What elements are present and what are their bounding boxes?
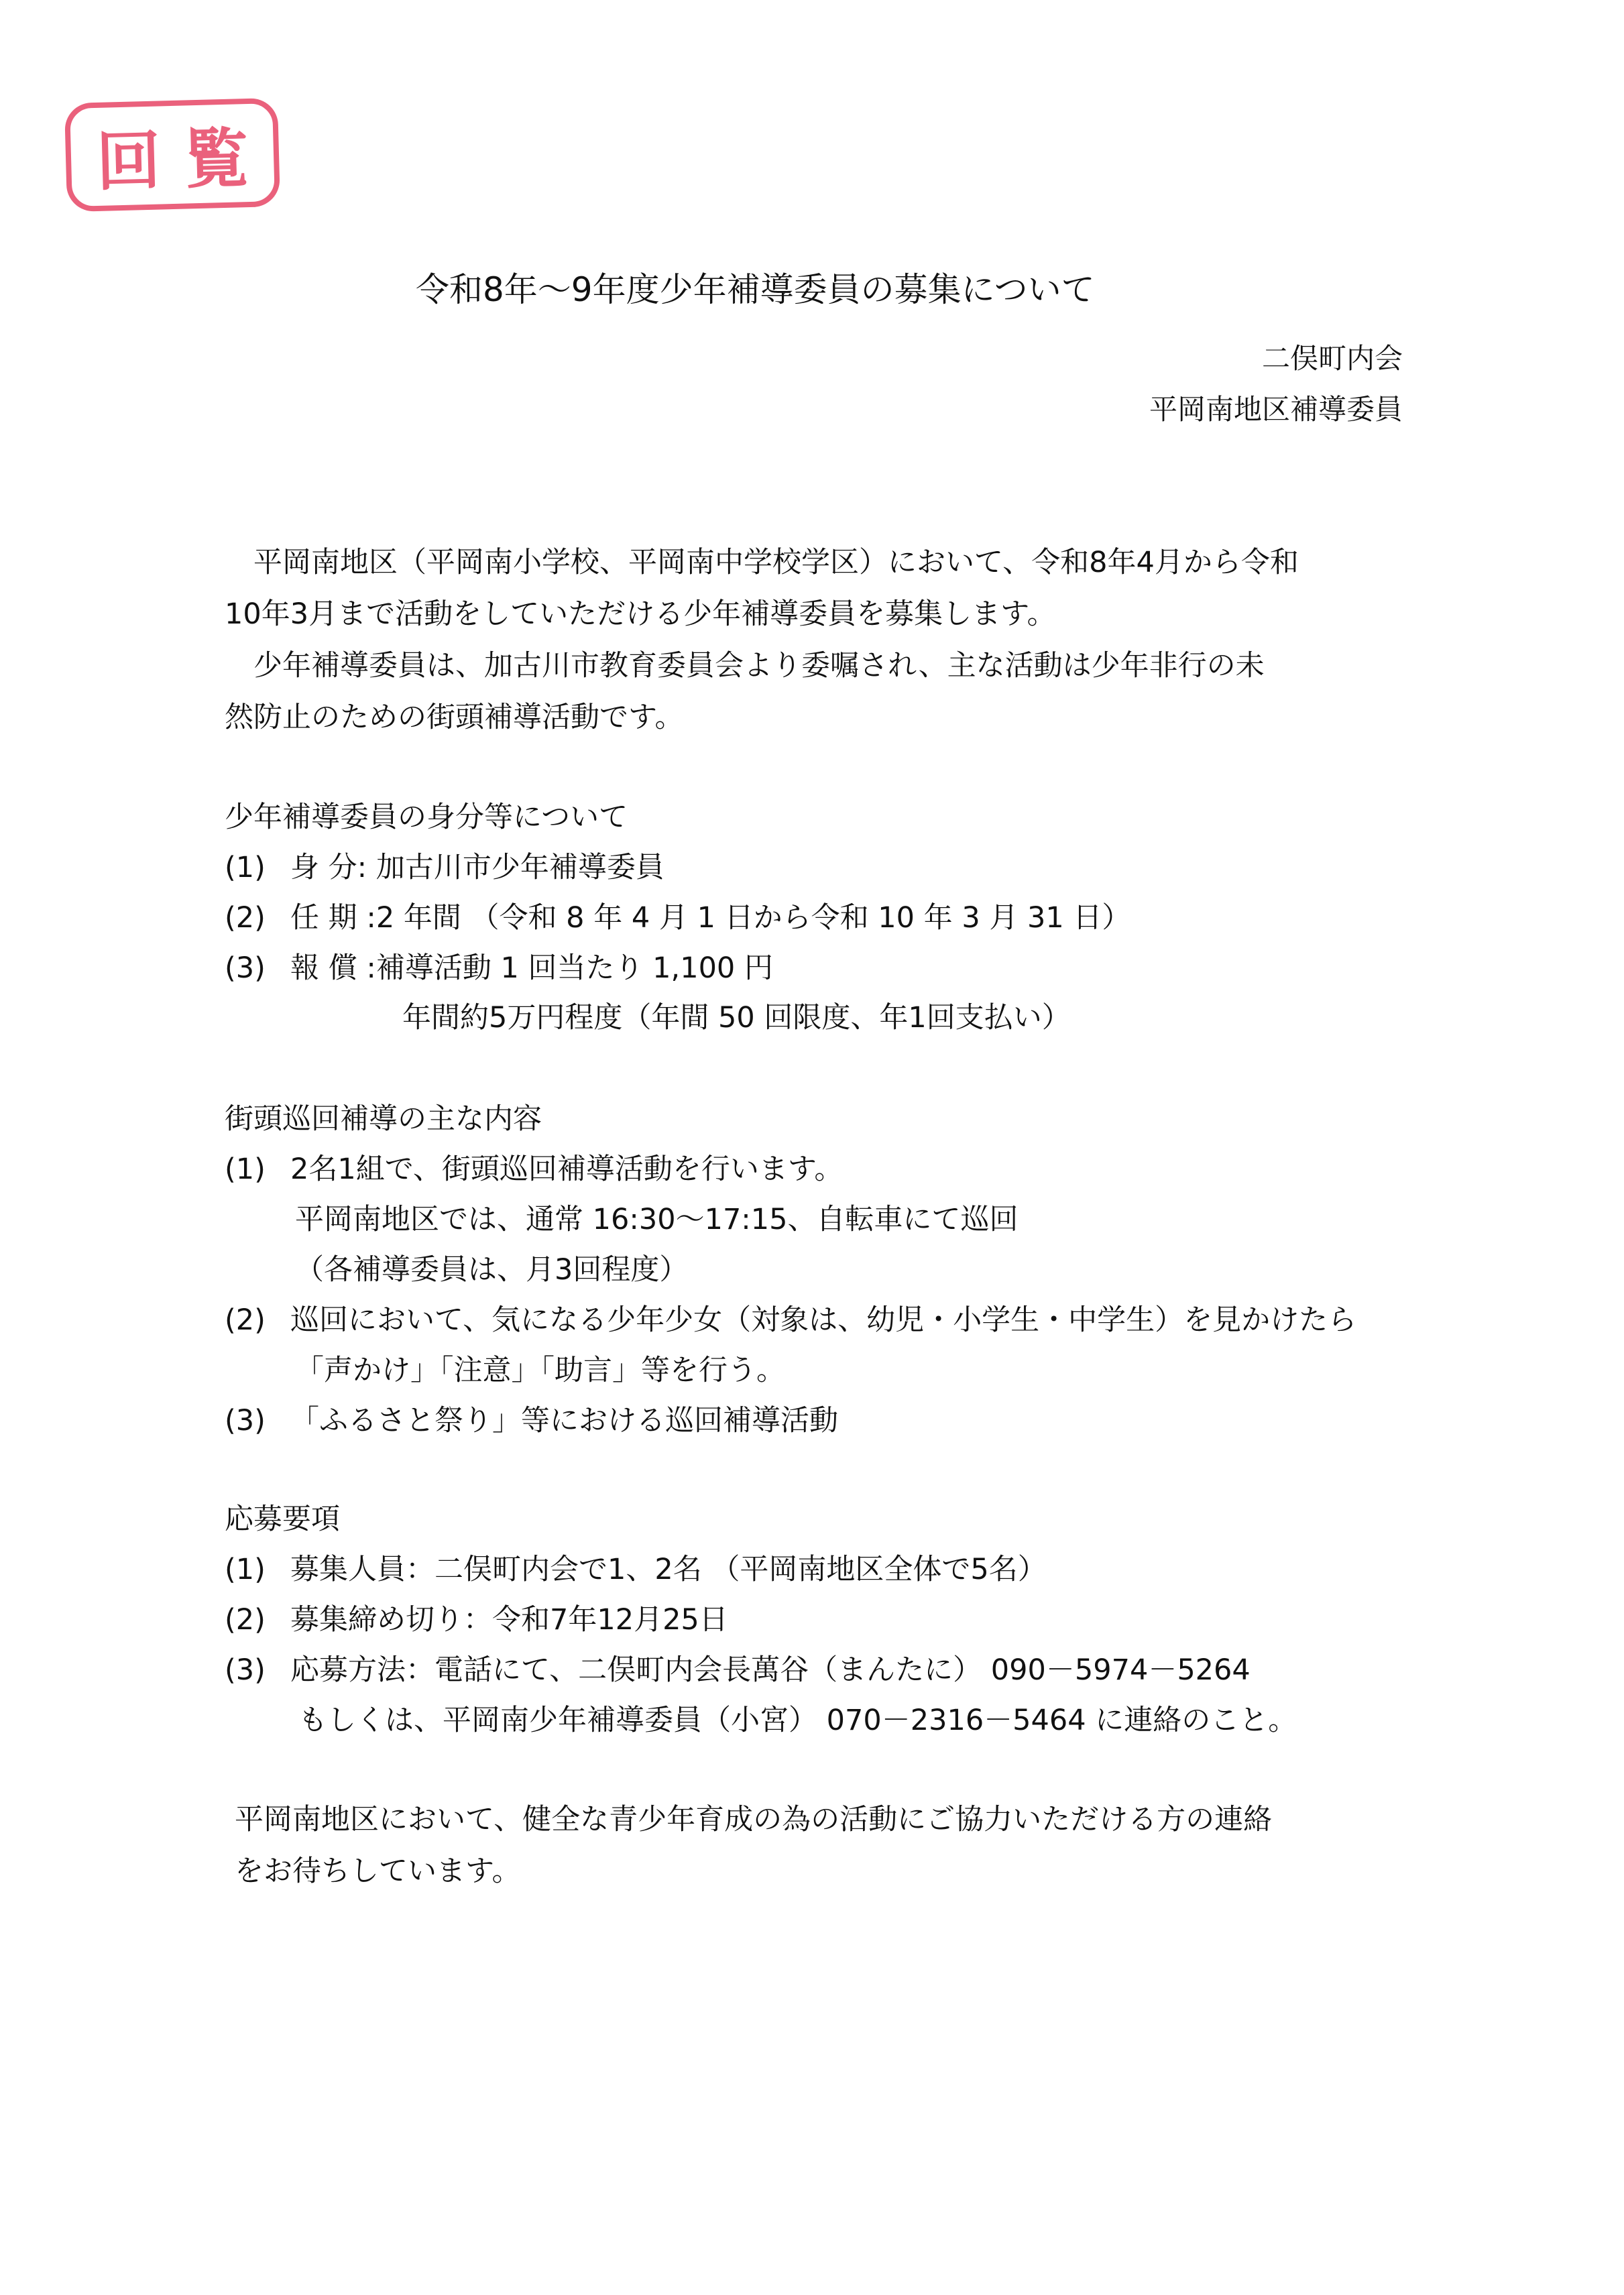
patrol-item-1-continued-1: 平岡南地区では、通常 16:30～17:15、自転車にて巡回 [295, 1205, 1019, 1234]
patrol-item-2-continued: 「声かけ」「注意」「助言」等を行う。 [295, 1356, 785, 1385]
patrol-item-2: (2)巡回において、気になる少年少女（対象は、幼児・小学生・中学生）を見かけたら [225, 1306, 1356, 1335]
item-text: 募集締め切り：令和7年12月25日 [290, 1603, 728, 1637]
item-text: 応募方法：電話にて、二俣町内会長萬谷（まんたに） 090－5974－5264 [290, 1653, 1251, 1687]
status-item-3: (3)報 償 :補導活動 1 回当たり 1,100 円 [225, 954, 773, 983]
application-item-3: (3)応募方法：電話にて、二俣町内会長萬谷（まんたに） 090－5974－526… [225, 1656, 1251, 1685]
status-item-1: (1)身 分: 加古川市少年補導委員 [225, 854, 664, 882]
item-text: 身 分: 加古川市少年補導委員 [290, 851, 664, 884]
patrol-item-1: (1)2名1組で、街頭巡回補導活動を行います。 [225, 1155, 843, 1184]
patrol-item-3: (3)「ふるさと祭り」等における巡回補導活動 [225, 1407, 838, 1435]
item-number: (3) [225, 1407, 290, 1435]
status-heading: 少年補導委員の身分等について [225, 803, 628, 832]
circulation-stamp: 回 覧 [64, 98, 280, 212]
item-text: 「ふるさと祭り」等における巡回補導活動 [290, 1404, 838, 1437]
intro-line-1: 平岡南地区（平岡南小学校、平岡南中学校学区）において、令和8年4月から令和 [253, 548, 1299, 577]
patrol-item-1-continued-2: （各補導委員は、月3回程度） [295, 1256, 688, 1285]
application-item-2: (2)募集締め切り：令和7年12月25日 [225, 1606, 728, 1635]
status-item-3-continued: 年間約5万円程度（年間 50 回限度、年1回支払い） [402, 1004, 1071, 1033]
item-text: 募集人員：二俣町内会で1、2名 （平岡南地区全体で5名） [290, 1553, 1047, 1586]
document-title: 令和8年～9年度少年補導委員の募集について [416, 263, 1220, 311]
item-number: (1) [225, 1155, 290, 1184]
item-text: 任 期 :2 年間 （令和 8 年 4 月 1 日から令和 10 年 3 月 3… [290, 901, 1130, 935]
intro-line-4: 然防止のための街頭補導活動です。 [225, 703, 684, 732]
intro-line-3: 少年補導委員は、加古川市教育委員会より委嘱され、主な活動は少年非行の未 [253, 652, 1265, 681]
intro-line-2: 10年3月まで活動をしていただける少年補導委員を募集します。 [225, 600, 1056, 629]
item-text: 2名1組で、街頭巡回補導活動を行います。 [290, 1153, 843, 1186]
item-text: 報 償 :補導活動 1 回当たり 1,100 円 [290, 951, 773, 985]
stamp-char-1: 回 [95, 109, 162, 202]
item-number: (2) [225, 1306, 290, 1335]
application-item-1: (1)募集人員：二俣町内会で1、2名 （平岡南地区全体で5名） [225, 1555, 1047, 1584]
item-number: (1) [225, 1555, 290, 1584]
sender-organization: 二俣町内会 [1262, 337, 1403, 377]
application-item-3-continued: もしくは、平岡南少年補導委員（小宮） 070－2316－5464 に連絡のこと。 [298, 1706, 1297, 1735]
item-number: (3) [225, 954, 290, 983]
closing-line-2: をお待ちしています。 [235, 1857, 521, 1886]
sender-committee: 平岡南地区補導委員 [1149, 388, 1403, 428]
closing-line-1: 平岡南地区において、健全な青少年育成の為の活動にご協力いただける方の連絡 [235, 1806, 1272, 1834]
status-item-2: (2)任 期 :2 年間 （令和 8 年 4 月 1 日から令和 10 年 3 … [225, 904, 1130, 933]
item-number: (1) [225, 854, 290, 882]
item-number: (2) [225, 1606, 290, 1635]
application-heading: 応募要項 [225, 1505, 340, 1534]
stamp-char-2: 覧 [183, 107, 250, 200]
item-number: (3) [225, 1656, 290, 1685]
patrol-heading: 街頭巡回補導の主な内容 [225, 1105, 542, 1134]
item-text: 巡回において、気になる少年少女（対象は、幼児・小学生・中学生）を見かけたら [290, 1303, 1356, 1337]
item-number: (2) [225, 904, 290, 933]
